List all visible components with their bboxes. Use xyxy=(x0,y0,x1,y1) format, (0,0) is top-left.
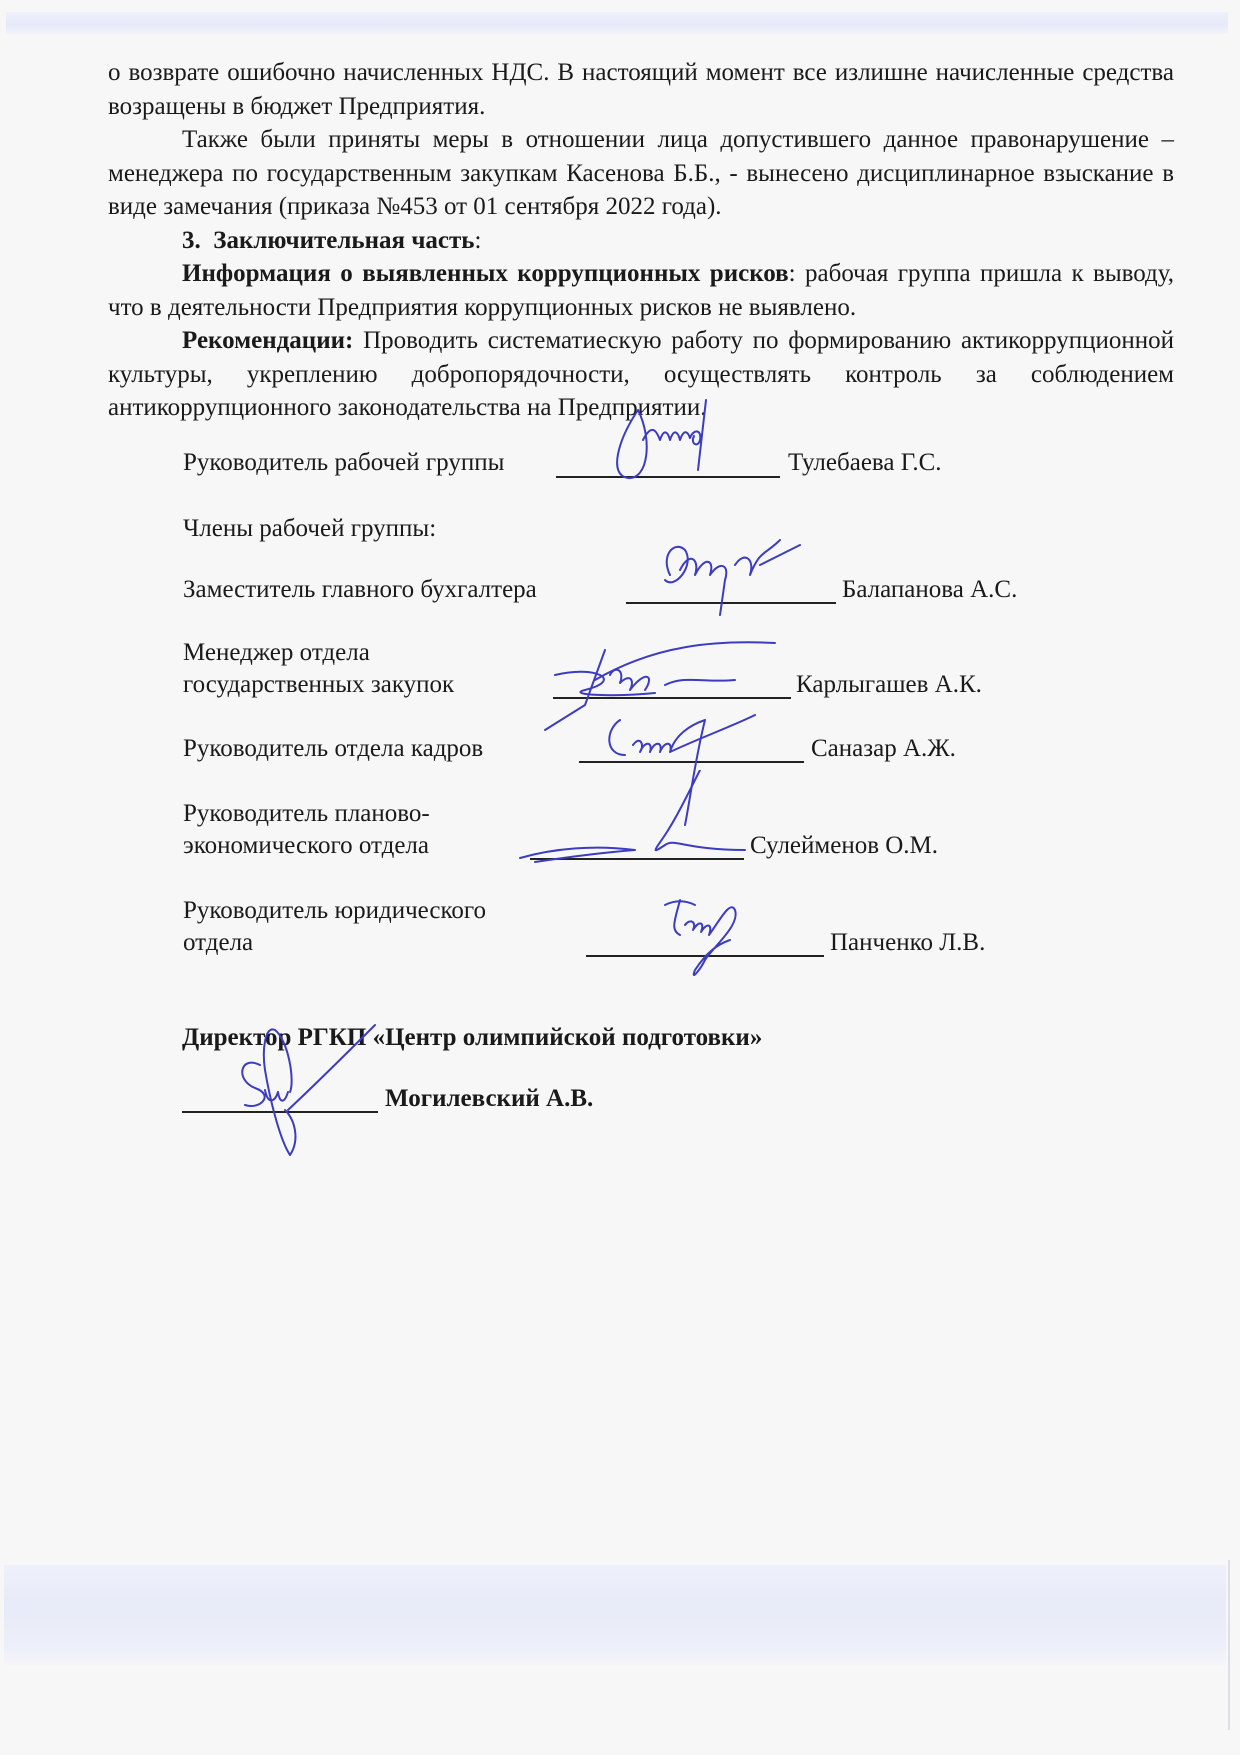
recommendations-label: Рекомендации: xyxy=(182,327,353,354)
signer-title: Менеджер отдела xyxy=(183,636,370,669)
signer-name: Карлыгашев А.К. xyxy=(796,668,982,701)
signer-title: Руководитель рабочей группы xyxy=(183,446,504,479)
signature-line xyxy=(553,697,791,699)
director-name: Могилевский А.В. xyxy=(385,1082,593,1115)
signer-title-cont: экономического отдела xyxy=(183,829,429,862)
risks-label: Информация о выявленных коррупционных ри… xyxy=(182,260,789,287)
handwritten-signature-icon xyxy=(640,520,830,620)
handwritten-signature-icon xyxy=(595,700,795,830)
signer-name: Сулейменов О.М. xyxy=(750,829,938,862)
signature-line xyxy=(556,476,780,478)
members-label: Члены рабочей группы: xyxy=(183,512,436,545)
signer-title: Руководитель юридического xyxy=(183,894,486,927)
signature-line xyxy=(586,955,824,957)
paragraph-measures: Также были приняты меры в отношении лица… xyxy=(108,123,1174,224)
handwritten-signature-icon xyxy=(515,770,755,870)
section-title: Заключительная часть xyxy=(213,227,474,254)
signer-name: Саназар А.Ж. xyxy=(811,732,956,765)
section-number: 3. xyxy=(182,227,201,254)
section-heading: 3. Заключительная часть: xyxy=(108,224,1174,258)
paragraph-text: Также были приняты меры в отношении лица… xyxy=(108,126,1174,220)
signature-line xyxy=(182,1111,378,1113)
signer-title: Руководитель планово- xyxy=(183,797,430,830)
signer-name: Панченко Л.В. xyxy=(830,926,985,959)
section-suffix: : xyxy=(475,227,482,254)
signature-line xyxy=(579,761,804,763)
paragraph-risks: Информация о выявленных коррупционных ри… xyxy=(108,257,1174,324)
signer-title: Руководитель отдела кадров xyxy=(183,732,483,765)
signer-name: Балапанова А.С. xyxy=(842,573,1017,606)
signature-line xyxy=(530,858,744,860)
paragraph-recommendations: Рекомендации: Проводить систематиескую р… xyxy=(108,324,1174,425)
paragraph-vat-return: о возврате ошибочно начисленных НДС. В н… xyxy=(108,56,1174,123)
signer-title: Заместитель главного бухгалтера xyxy=(183,573,537,606)
document-page: о возврате ошибочно начисленных НДС. В н… xyxy=(0,0,1240,1755)
signer-title-cont: отдела xyxy=(183,926,253,959)
signer-name: Тулебаева Г.С. xyxy=(788,446,942,479)
paragraph-text: о возврате ошибочно начисленных НДС. В н… xyxy=(108,59,1174,120)
signature-line xyxy=(626,602,836,604)
handwritten-signature-icon xyxy=(645,890,785,990)
director-title: Директор РГКП «Центр олимпийской подгото… xyxy=(182,1021,762,1054)
handwritten-signature-icon xyxy=(535,635,795,735)
signer-title-cont: государственных закупок xyxy=(183,668,454,701)
